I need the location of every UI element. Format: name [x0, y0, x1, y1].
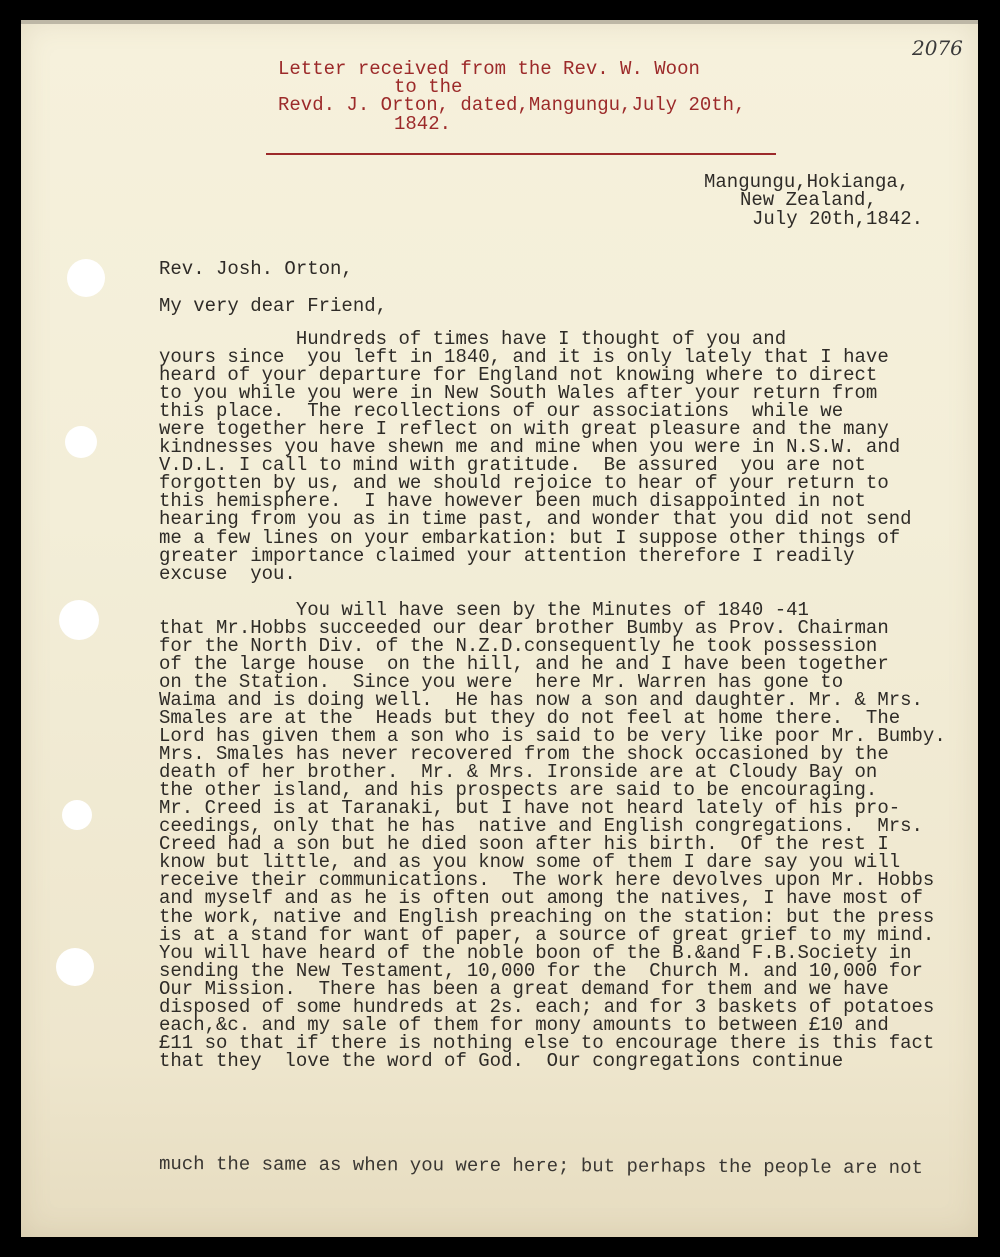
- recipient: Rev. Josh. Orton,: [159, 260, 353, 278]
- header-line-4: 1842.: [394, 115, 451, 133]
- body-line: the work, native and English preaching o…: [159, 908, 946, 926]
- body-line: [159, 583, 946, 601]
- body-line: You will have heard of the noble boon of…: [159, 944, 946, 962]
- header-divider: [266, 153, 776, 155]
- body-line: sending the New Testament, 10,000 for th…: [159, 962, 946, 980]
- archive-number: 2076: [912, 36, 963, 60]
- punch-hole: [62, 800, 92, 830]
- body-line: greater importance claimed your attentio…: [159, 547, 946, 565]
- body-line: me a few lines on your embarkation: but …: [159, 529, 946, 547]
- continuation-line: much the same as when you were here; but…: [159, 1155, 923, 1177]
- punch-hole: [67, 259, 105, 297]
- punch-hole: [56, 948, 94, 986]
- salutation: My very dear Friend,: [159, 297, 387, 315]
- header-line-3: Revd. J. Orton, dated,Mangungu,July 20th…: [278, 96, 745, 114]
- body-line: and myself and as he is often out among …: [159, 889, 946, 907]
- body-line: is at a stand for want of paper, a sourc…: [159, 926, 946, 944]
- punch-hole: [65, 426, 97, 458]
- letter-body: Hundreds of times have I thought of you …: [159, 330, 946, 1070]
- body-line: that they love the word of God. Our cong…: [159, 1052, 946, 1070]
- address-date: July 20th,1842.: [752, 210, 923, 228]
- header-line-1: Letter received from the Rev. W. Woon: [278, 60, 700, 78]
- address-line-2: New Zealand,: [740, 191, 877, 209]
- body-line: hearing from you as in time past, and wo…: [159, 510, 946, 528]
- punch-hole: [59, 600, 99, 640]
- body-line: excuse you.: [159, 565, 946, 583]
